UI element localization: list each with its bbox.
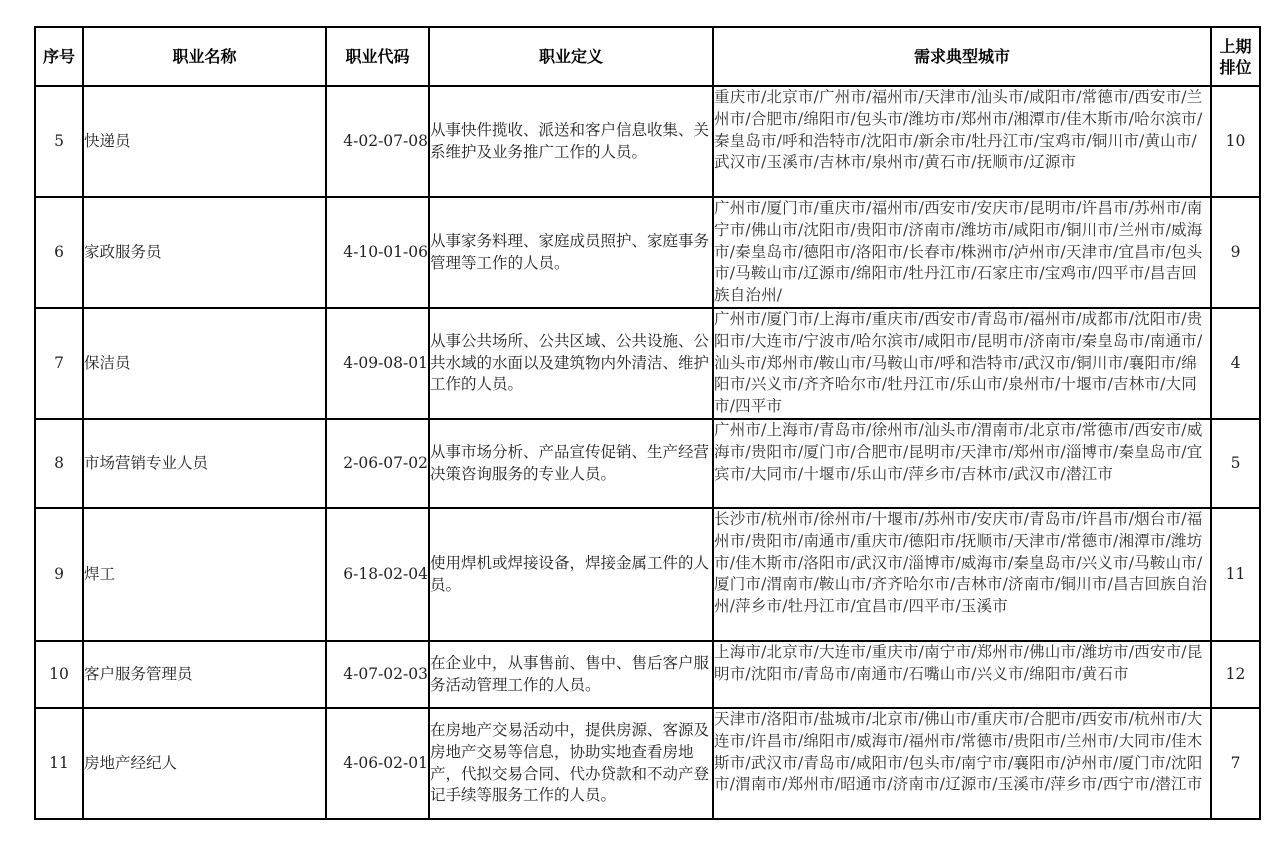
typical-cities: 长沙市/杭州市/徐州市/十堰市/苏州市/安庆市/青岛市/许昌市/烟台市/福州市/… <box>713 508 1211 641</box>
typical-cities: 重庆市/北京市/广州市/福州市/天津市/汕头市/咸阳市/常德市/西安市/兰州市/… <box>713 86 1211 197</box>
occupation-definition: 从事公共场所、公共区域、公共设施、公共水域的水面以及建筑物内外清洁、维护工作的人… <box>429 308 713 419</box>
previous-rank: 4 <box>1211 308 1260 419</box>
occupation-demand-table: 序号 职业名称 职业代码 职业定义 需求典型城市 上期排位 5 快递员 4-02… <box>34 26 1261 820</box>
row-index: 7 <box>35 308 83 419</box>
previous-rank: 12 <box>1211 641 1260 708</box>
occupation-code: 2-06-07-02 <box>326 419 429 508</box>
typical-cities-text: 天津市/洛阳市/盐城市/北京市/佛山市/重庆市/合肥市/西安市/杭州市/大连市/… <box>714 709 1210 818</box>
occupation-name: 快递员 <box>83 86 326 197</box>
header-index: 序号 <box>35 27 83 86</box>
occupation-code: 4-07-02-03 <box>326 641 429 708</box>
previous-rank: 9 <box>1211 197 1260 308</box>
occupation-name: 焊工 <box>83 508 326 641</box>
occupation-definition: 使用焊机或焊接设备，焊接金属工件的人员。 <box>429 508 713 641</box>
typical-cities-text: 广州市/上海市/青岛市/徐州市/汕头市/渭南市/北京市/常德市/西安市/威海市/… <box>714 420 1210 507</box>
table-row: 7 保洁员 4-09-08-01 从事公共场所、公共区域、公共设施、公共水域的水… <box>35 308 1260 419</box>
table-row: 10 客户服务管理员 4-07-02-03 在企业中，从事售前、售中、售后客户服… <box>35 641 1260 708</box>
occupation-name: 保洁员 <box>83 308 326 419</box>
header-typical-cities: 需求典型城市 <box>713 27 1211 86</box>
table-row: 11 房地产经纪人 4-06-02-01 在房地产交易活动中，提供房源、客源及房… <box>35 708 1260 819</box>
table-row: 8 市场营销专业人员 2-06-07-02 从事市场分析、产品宣传促销、生产经营… <box>35 419 1260 508</box>
occupation-code: 4-06-02-01 <box>326 708 429 819</box>
typical-cities: 广州市/上海市/青岛市/徐州市/汕头市/渭南市/北京市/常德市/西安市/威海市/… <box>713 419 1211 508</box>
occupation-name: 市场营销专业人员 <box>83 419 326 508</box>
typical-cities-text: 广州市/厦门市/重庆市/福州市/西安市/安庆市/昆明市/许昌市/苏州市/南宁市/… <box>714 198 1210 307</box>
occupation-code: 4-09-08-01 <box>326 308 429 419</box>
occupation-definition: 从事快件揽收、派送和客户信息收集、关系维护及业务推广工作的人员。 <box>429 86 713 197</box>
previous-rank: 11 <box>1211 508 1260 641</box>
row-index: 9 <box>35 508 83 641</box>
row-index: 5 <box>35 86 83 197</box>
row-index: 11 <box>35 708 83 819</box>
table-header-row: 序号 职业名称 职业代码 职业定义 需求典型城市 上期排位 <box>35 27 1260 86</box>
typical-cities: 广州市/厦门市/重庆市/福州市/西安市/安庆市/昆明市/许昌市/苏州市/南宁市/… <box>713 197 1211 308</box>
row-index: 6 <box>35 197 83 308</box>
header-occupation-code: 职业代码 <box>326 27 429 86</box>
header-occupation-name: 职业名称 <box>83 27 326 86</box>
occupation-name: 客户服务管理员 <box>83 641 326 708</box>
occupation-definition: 在房地产交易活动中，提供房源、客源及房地产交易等信息，协助实地查看房地产，代拟交… <box>429 708 713 819</box>
occupation-code: 4-10-01-06 <box>326 197 429 308</box>
row-index: 8 <box>35 419 83 508</box>
typical-cities-text: 上海市/北京市/大连市/重庆市/南宁市/郑州市/佛山市/潍坊市/西安市/昆明市/… <box>714 642 1210 707</box>
occupation-definition: 在企业中，从事售前、售中、售后客户服务活动管理工作的人员。 <box>429 641 713 708</box>
typical-cities-text: 长沙市/杭州市/徐州市/十堰市/苏州市/安庆市/青岛市/许昌市/烟台市/福州市/… <box>714 509 1210 640</box>
occupation-definition: 从事家务料理、家庭成员照护、家庭事务管理等工作的人员。 <box>429 197 713 308</box>
previous-rank: 7 <box>1211 708 1260 819</box>
table-row: 6 家政服务员 4-10-01-06 从事家务料理、家庭成员照护、家庭事务管理等… <box>35 197 1260 308</box>
typical-cities-text: 广州市/厦门市/上海市/重庆市/西安市/青岛市/福州市/成都市/沈阳市/贵阳市/… <box>714 309 1210 418</box>
typical-cities: 广州市/厦门市/上海市/重庆市/西安市/青岛市/福州市/成都市/沈阳市/贵阳市/… <box>713 308 1211 419</box>
occupation-code: 4-02-07-08 <box>326 86 429 197</box>
row-index: 10 <box>35 641 83 708</box>
typical-cities-text: 重庆市/北京市/广州市/福州市/天津市/汕头市/咸阳市/常德市/西安市/兰州市/… <box>714 87 1210 196</box>
table-row: 9 焊工 6-18-02-04 使用焊机或焊接设备，焊接金属工件的人员。 长沙市… <box>35 508 1260 641</box>
occupation-name: 房地产经纪人 <box>83 708 326 819</box>
occupation-definition: 从事市场分析、产品宣传促销、生产经营决策咨询服务的专业人员。 <box>429 419 713 508</box>
header-occupation-definition: 职业定义 <box>429 27 713 86</box>
table-row: 5 快递员 4-02-07-08 从事快件揽收、派送和客户信息收集、关系维护及业… <box>35 86 1260 197</box>
header-previous-rank: 上期排位 <box>1211 27 1260 86</box>
occupation-name: 家政服务员 <box>83 197 326 308</box>
occupation-code: 6-18-02-04 <box>326 508 429 641</box>
typical-cities: 天津市/洛阳市/盐城市/北京市/佛山市/重庆市/合肥市/西安市/杭州市/大连市/… <box>713 708 1211 819</box>
previous-rank: 5 <box>1211 419 1260 508</box>
typical-cities: 上海市/北京市/大连市/重庆市/南宁市/郑州市/佛山市/潍坊市/西安市/昆明市/… <box>713 641 1211 708</box>
previous-rank: 10 <box>1211 86 1260 197</box>
